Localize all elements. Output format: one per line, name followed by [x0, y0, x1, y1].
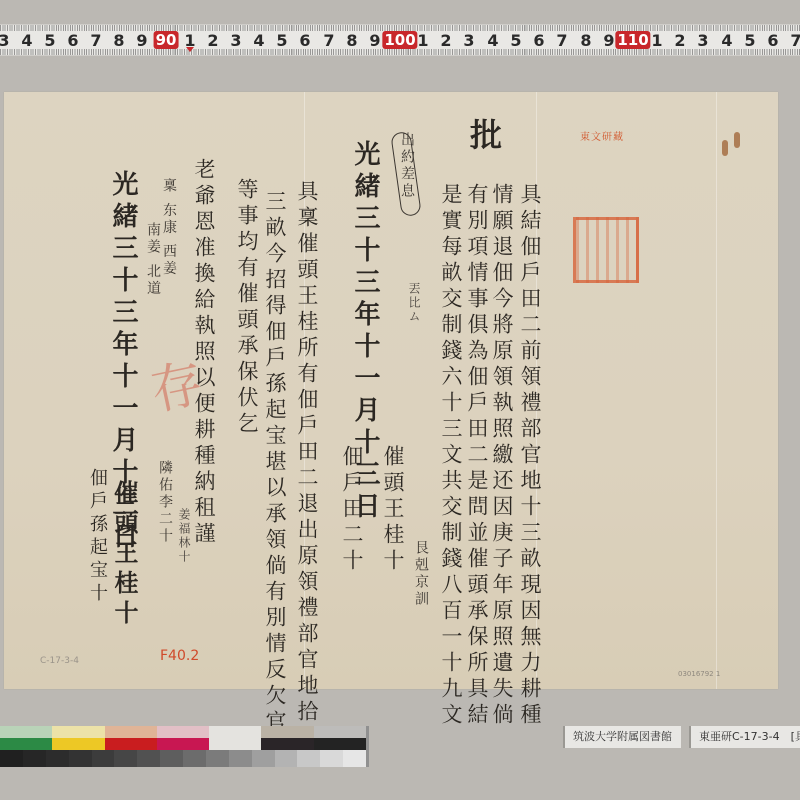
color-patch: [261, 726, 313, 738]
neighbor-jiang: 姜福林十: [178, 508, 190, 564]
ruler-number: 2: [207, 31, 218, 50]
text-column-11: 等事均有催頭承保伏乞: [236, 178, 257, 438]
ruler-number: 6: [767, 31, 778, 50]
ruler-number: 9: [603, 31, 614, 50]
fold-line: [716, 92, 717, 689]
ruler-number: 5: [276, 31, 287, 50]
text-column-3: 有別項情事俱為佃戶田二是問並催頭承保所具結: [466, 183, 487, 729]
text-column-10: 三畝今招得佃戶孫起宝堪以承領倘有別情反欠官: [264, 190, 285, 736]
color-patch: [314, 726, 366, 738]
signature-cuitou: 催頭王桂十: [382, 445, 403, 575]
ruler-number: 3: [0, 31, 10, 50]
ruler-number: 4: [253, 31, 264, 50]
signature-sun-qibao: 佃戶孫起宝十: [88, 468, 106, 606]
color-patch-row-saturated: [0, 738, 366, 750]
catalog-number-pencil: C-17-3-4: [40, 656, 79, 666]
color-patch: [157, 738, 209, 750]
color-patch: [252, 750, 275, 767]
ruler-number: 3: [230, 31, 241, 50]
side-note-signature: 艮剋京訓: [414, 540, 428, 608]
color-patch: [275, 750, 298, 767]
ruler-number: 9: [136, 31, 147, 50]
color-patch: [52, 726, 104, 738]
color-patch: [0, 726, 52, 738]
ruler-number: 9: [369, 31, 380, 50]
side-note-mid: 丟比ム: [408, 282, 420, 324]
ruler-number: 3: [697, 31, 708, 50]
ruler-number: 1: [417, 31, 428, 50]
ruler-number: 3: [463, 31, 474, 50]
color-patch: [114, 750, 137, 767]
color-patch: [314, 738, 366, 750]
ruler-number: 8: [580, 31, 591, 50]
ruler-number: 2: [674, 31, 685, 50]
ruler-number: 8: [346, 31, 357, 50]
ruler-number: 4: [487, 31, 498, 50]
ruler-number: 1: [651, 31, 662, 50]
boundary-east-west: 稟 东康 西姜: [162, 178, 176, 278]
color-patch: [92, 750, 115, 767]
ruler-number: 7: [790, 31, 800, 50]
red-folio-number: F40.2: [160, 648, 199, 664]
signature-wang-gui: 催頭王桂十: [112, 480, 136, 630]
color-patch: [206, 750, 229, 767]
ruler-number: 1: [184, 31, 195, 50]
color-patch: [0, 750, 23, 767]
stain-mark: [734, 132, 740, 148]
collection-stamp: 東文研藏: [580, 128, 624, 143]
header-annotation: 批: [468, 118, 500, 150]
neighbor-li: 隣佑李二十: [158, 460, 172, 545]
stain-mark: [722, 140, 728, 156]
color-patch: [229, 750, 252, 767]
ruler-number: 5: [744, 31, 755, 50]
ruler-number: 4: [721, 31, 732, 50]
ruler-number: 7: [323, 31, 334, 50]
color-patch: [23, 750, 46, 767]
color-patch: [297, 750, 320, 767]
color-patch: [343, 750, 366, 767]
library-label: 筑波大学附属図書館: [563, 726, 681, 748]
ruler-number: 90: [154, 31, 179, 49]
color-patch: [46, 750, 69, 767]
color-patch: [105, 738, 157, 750]
color-patch: [157, 726, 209, 738]
chart-edge: [366, 726, 369, 767]
text-column-4: 是實每畝交制錢六十三文共交制錢八百一十九文: [440, 183, 461, 729]
text-column-1: 具結佃戶田二前領禮部官地十三畝現因無力耕種: [519, 183, 540, 729]
ruler-number: 8: [113, 31, 124, 50]
ruler-number: 7: [556, 31, 567, 50]
ruler-number: 6: [67, 31, 78, 50]
color-patch-row-light: [0, 726, 366, 738]
measuring-ruler: 3456789901234567891001234567891101234567: [0, 24, 800, 56]
color-patch: [52, 738, 104, 750]
color-patch: [69, 750, 92, 767]
red-seal: [573, 217, 639, 283]
color-patch: [209, 726, 261, 738]
color-patch: [209, 738, 261, 750]
ruler-number: 6: [533, 31, 544, 50]
ruler-number: 110: [615, 31, 650, 49]
color-patch: [0, 738, 52, 750]
ruler-number: 5: [510, 31, 521, 50]
ruler-number: 4: [21, 31, 32, 50]
ruler-number: 2: [440, 31, 451, 50]
date-guangxu: 光緒三十三年十一月十三日: [352, 140, 378, 524]
color-patch: [105, 726, 157, 738]
color-patch: [137, 750, 160, 767]
barcode-number: 03016792 1: [678, 670, 720, 678]
ruler-number: 100: [382, 31, 417, 49]
color-calibration-chart: [0, 726, 366, 767]
color-patch: [320, 750, 343, 767]
ruler-number: 5: [44, 31, 55, 50]
ruler-number: 7: [90, 31, 101, 50]
color-patch: [183, 750, 206, 767]
grayscale-row: [0, 750, 366, 767]
color-patch: [160, 750, 183, 767]
call-number-label: 東亜研C-17-3-4 [具結: [689, 726, 800, 748]
color-patch: [261, 738, 313, 750]
boundary-south-north: 南姜 北道: [146, 222, 160, 297]
text-column-2: 情願退佃今將原領執照繳还因庚子年原照遺失倘: [491, 183, 512, 729]
ruler-number: 6: [299, 31, 310, 50]
text-column-9: 具稟催頭王桂所有佃戶田二退出原領禮部官地拾: [296, 180, 317, 726]
